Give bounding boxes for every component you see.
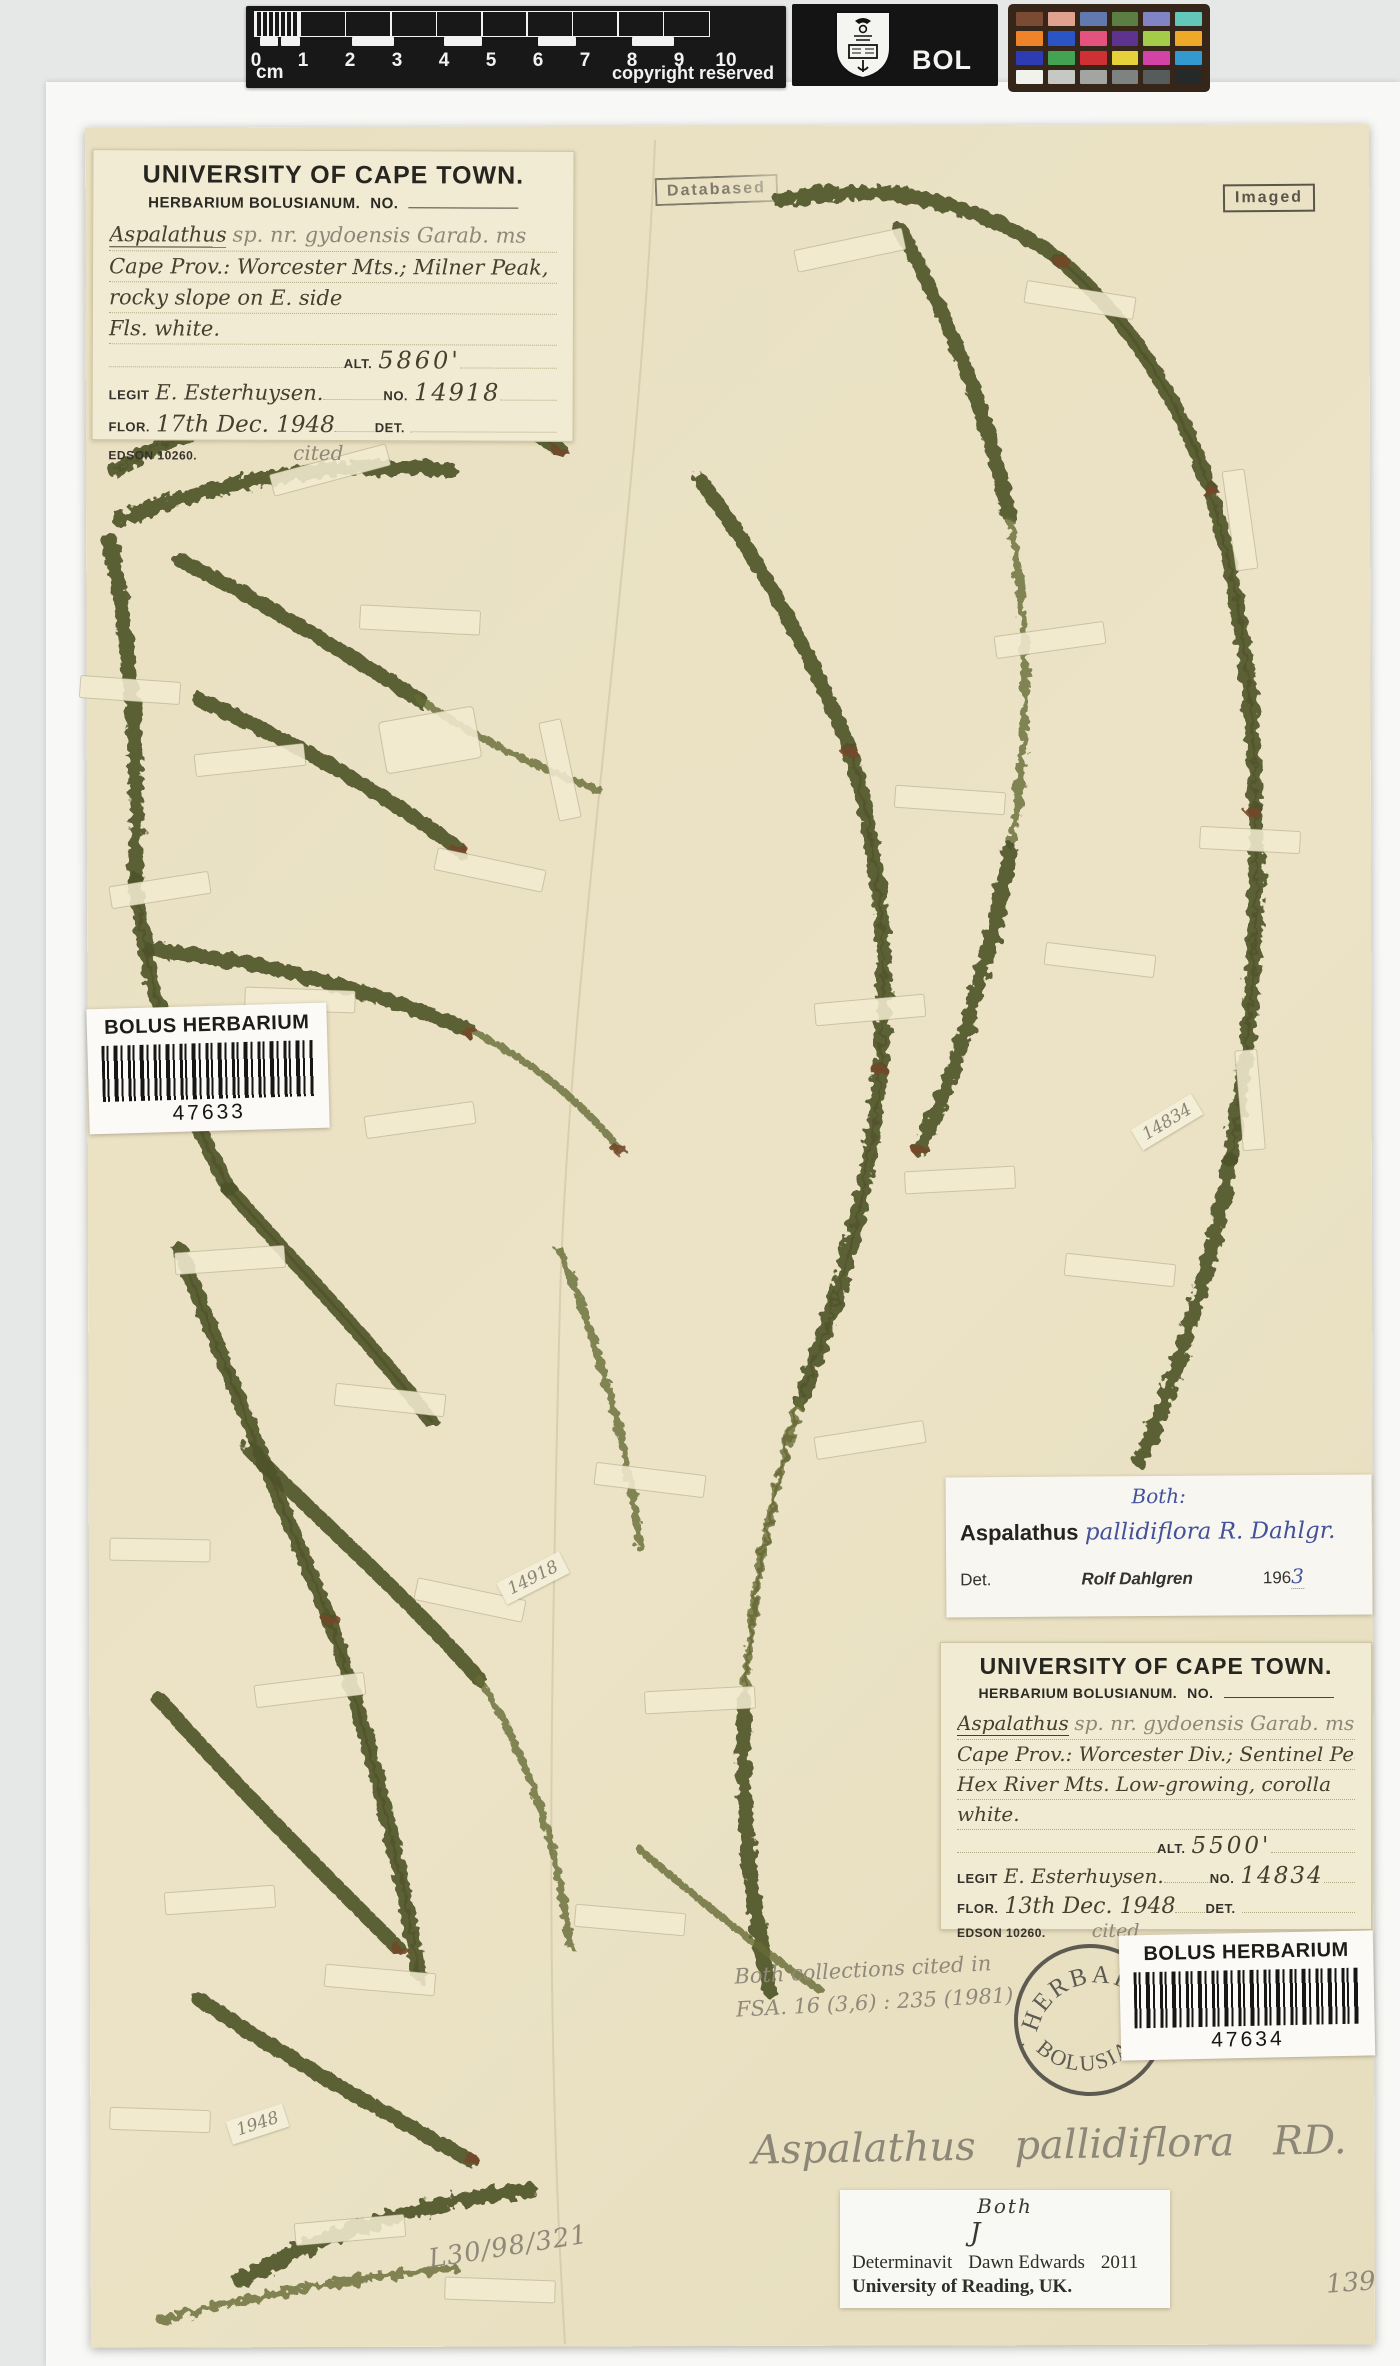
color-patch xyxy=(1112,51,1139,65)
ruler-cm-segments xyxy=(254,11,724,37)
locality-line-2: rocky slope on E. side xyxy=(109,282,557,315)
bol-logo-block: BOL xyxy=(792,4,998,86)
barcode-number: 47634 xyxy=(1131,2026,1365,2055)
determinavit-label: Both J Determinavit Dawn Edwards 2011 Un… xyxy=(840,2190,1170,2308)
ruler-number: 7 xyxy=(580,50,591,72)
color-patch xyxy=(1143,12,1170,26)
color-patch xyxy=(1048,51,1075,65)
specimen-label-1: UNIVERSITY OF CAPE TOWN. HERBARIUM BOLUS… xyxy=(91,149,574,442)
notes-line: white. xyxy=(957,1800,1355,1830)
taxon-det-note: sp. nr. gydoensis Garab. ms xyxy=(232,223,526,248)
color-patch xyxy=(1175,12,1202,26)
barcode-number: 47633 xyxy=(99,1098,320,1128)
collno-field-label: NO. xyxy=(1210,1871,1235,1886)
taxon-genus: Aspalathus xyxy=(109,222,227,247)
det-year-handwritten: 3 xyxy=(1291,1564,1304,1589)
color-patch xyxy=(1048,70,1075,84)
ruler-number: 6 xyxy=(533,50,544,72)
both-annotation: Both: xyxy=(960,1483,1358,1510)
printer-imprint: EDSON 10260. xyxy=(957,1926,1046,1940)
collector-name: E. Esterhuysen. xyxy=(1004,1864,1164,1888)
det-species-handwritten: pallidiflora R. Dahlgr. xyxy=(1085,1518,1336,1546)
det-genus-printed: Aspalathus xyxy=(960,1520,1079,1546)
determiner-name: Dawn Edwards xyxy=(968,2252,1085,2274)
imaged-stamp: Imaged xyxy=(1223,184,1315,213)
det-field-label: DET. xyxy=(375,420,405,435)
copyright-text: copyright reserved xyxy=(612,63,774,84)
ruler-half-cm-marks xyxy=(254,37,724,47)
uct-crest-icon xyxy=(832,9,894,81)
alt-field-label: ALT. xyxy=(344,356,373,371)
printer-imprint: EDSON 10260. xyxy=(108,448,197,462)
flowering-date: 17th Dec. 1948 xyxy=(156,411,335,438)
color-patch xyxy=(1175,70,1202,84)
herbarium-scan: 012345678910 cm copyright reserved BOL D… xyxy=(0,0,1400,2366)
collector-name: E. Esterhuysen. xyxy=(155,380,323,405)
no-blank-line xyxy=(408,207,518,208)
color-patch xyxy=(1112,31,1139,45)
svg-text:-: - xyxy=(1015,2033,1028,2056)
determiner-name: Rolf Dahlgren xyxy=(1081,1569,1193,1590)
institution-title: UNIVERSITY OF CAPE TOWN. xyxy=(957,1653,1355,1680)
color-patch xyxy=(1080,70,1107,84)
taxon-det-note: sp. nr. gydoensis Garab. ms. xyxy=(1074,1711,1355,1735)
barcode-herbarium-name: BOLUS HERBARIUM xyxy=(97,1011,318,1040)
color-patch xyxy=(1048,12,1075,26)
alt-field-label: ALT. xyxy=(1157,1841,1185,1856)
color-patch xyxy=(1112,70,1139,84)
legit-field-label: LEGIT xyxy=(109,387,150,402)
barcode-herbarium-name: BOLUS HERBARIUM xyxy=(1129,1939,1363,1967)
color-patch xyxy=(1016,31,1043,45)
determination-label-dahlgren: Both: Aspalathus pallidiflora R. Dahlgr.… xyxy=(946,1475,1373,1618)
herbarium-name: HERBARIUM BOLUSIANUM. xyxy=(978,1685,1177,1701)
ruler-number: 3 xyxy=(392,50,403,72)
determination-year: 2011 xyxy=(1101,2252,1138,2274)
no-label: NO. xyxy=(1187,1685,1213,1701)
determiner-affiliation: University of Reading, UK. xyxy=(852,2276,1158,2298)
specimen-label-2: UNIVERSITY OF CAPE TOWN. HERBARIUM BOLUS… xyxy=(940,1642,1372,1930)
barcode-label-1: BOLUS HERBARIUM 47633 xyxy=(86,1003,329,1135)
no-label: NO. xyxy=(370,195,398,212)
bol-logo-text: BOL xyxy=(912,45,972,76)
ruler-number: 2 xyxy=(345,50,356,72)
collector-number: 14918 xyxy=(414,378,500,406)
page-number-note: 139 xyxy=(1325,2266,1377,2299)
barcode-1 xyxy=(101,1040,314,1102)
institution-title: UNIVERSITY OF CAPE TOWN. xyxy=(109,160,557,191)
locality-line-1: Cape Prov.: Worcester Div.; Sentinel Pea… xyxy=(957,1740,1355,1770)
color-patch xyxy=(1175,31,1202,45)
color-patch xyxy=(1143,51,1170,65)
flowering-date: 13th Dec. 1948 xyxy=(1005,1894,1176,1919)
barcode-2 xyxy=(1133,1968,1360,2029)
color-patch xyxy=(1048,31,1075,45)
color-patch xyxy=(1080,51,1107,65)
taxon-genus: Aspalathus xyxy=(957,1711,1069,1736)
color-patch xyxy=(1143,70,1170,84)
det-label-word: Det. xyxy=(960,1570,991,1590)
herbarium-name: HERBARIUM BOLUSIANUM. xyxy=(148,194,360,212)
flor-field-label: FLOR. xyxy=(957,1901,999,1916)
notes-line: Fls. white. xyxy=(109,313,557,346)
alt-value: 5860' xyxy=(378,346,461,374)
color-patch xyxy=(1016,51,1043,65)
det-year-printed: 196 xyxy=(1263,1568,1292,1588)
color-patch xyxy=(1112,12,1139,26)
scale-ruler: 012345678910 cm copyright reserved xyxy=(246,6,786,88)
color-calibration-chart xyxy=(1008,4,1210,92)
no-blank-line xyxy=(1224,1697,1334,1698)
locality-line-1: Cape Prov.: Worcester Mts.; Milner Peak, xyxy=(109,251,557,284)
locality-line-2: Hex River Mts. Low-growing, corolla xyxy=(957,1770,1355,1800)
det-field-label: DET. xyxy=(1205,1901,1235,1916)
color-patch xyxy=(1143,31,1170,45)
legit-field-label: LEGIT xyxy=(957,1871,998,1886)
collector-number: 14834 xyxy=(1240,1863,1323,1889)
ruler-number: 5 xyxy=(486,50,497,72)
databased-stamp: Databased xyxy=(655,174,779,206)
cited-note: cited xyxy=(293,441,343,465)
color-patch xyxy=(1175,51,1202,65)
barcode-label-2: BOLUS HERBARIUM 47634 xyxy=(1119,1930,1376,2060)
color-patch xyxy=(1016,70,1043,84)
color-patch xyxy=(1080,12,1107,26)
both-handwritten: Both xyxy=(852,2194,1158,2218)
color-patch xyxy=(1080,31,1107,45)
determinavit-word: Determinavit xyxy=(852,2252,952,2274)
ruler-number: 4 xyxy=(439,50,450,72)
ruler-unit-label: cm xyxy=(256,62,283,84)
color-patch xyxy=(1016,12,1043,26)
pencil-mark: J xyxy=(970,2218,980,2248)
alt-value: 5500' xyxy=(1191,1833,1271,1859)
collno-field-label: NO. xyxy=(383,388,408,403)
flor-field-label: FLOR. xyxy=(109,419,151,434)
ruler-number: 1 xyxy=(298,50,309,72)
